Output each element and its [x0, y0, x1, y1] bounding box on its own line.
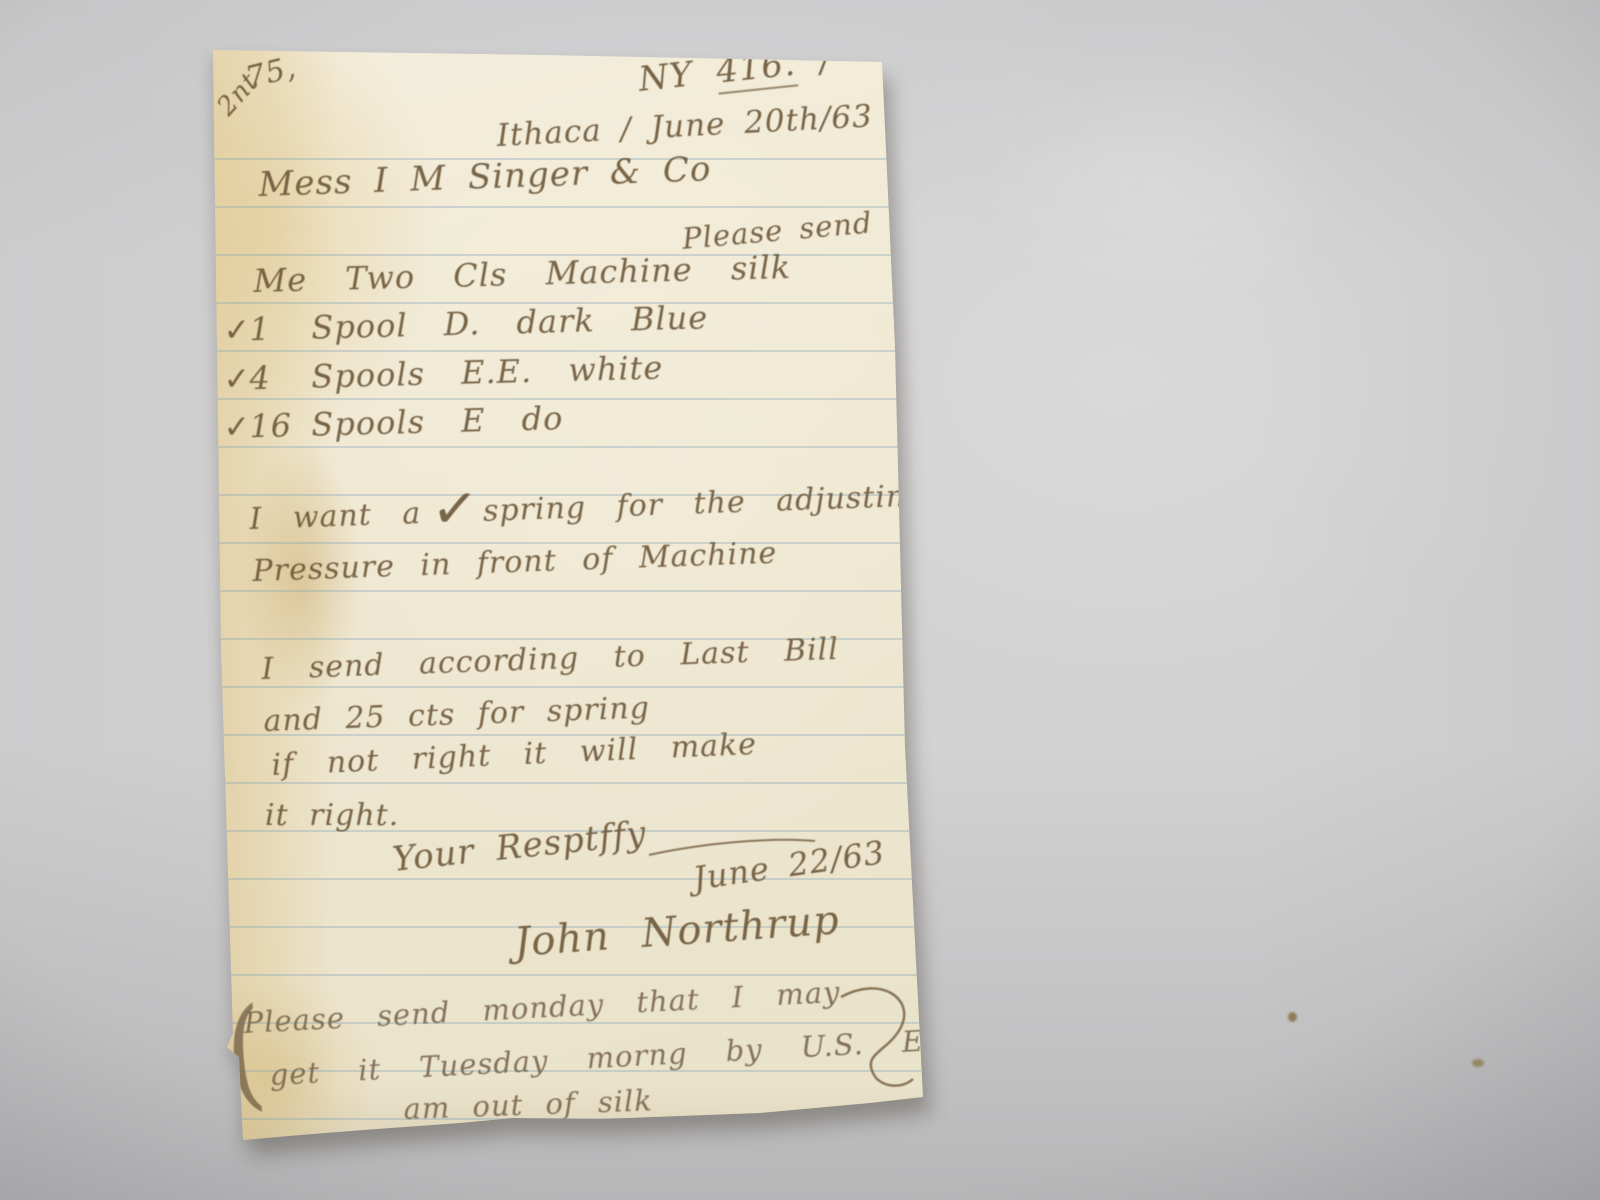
check-mark: ✓: [223, 410, 250, 443]
date-separator: /: [620, 111, 633, 148]
letter-paper: 75, 2nt NY 416. / Ithaca / June 20th/63 …: [213, 47, 923, 1140]
place: Ithaca: [496, 113, 603, 154]
want-prefix: I want a: [249, 496, 422, 537]
postscript-line3: am out of silk: [403, 1086, 653, 1124]
header-number: 416.: [714, 44, 798, 95]
body-send-line4: it right.: [265, 801, 399, 831]
item-quantity: 16: [249, 409, 312, 443]
order-item: ✓16Spools E do: [223, 402, 564, 443]
letter-content: 75, 2nt NY 416. / Ithaca / June 20th/63 …: [213, 47, 923, 1140]
item-quantity: 1: [249, 312, 312, 346]
desk-speck: [1472, 1059, 1484, 1067]
paper-sheet: 75, 2nt NY 416. / Ithaca / June 20th/63 …: [213, 47, 923, 1140]
desk-speck: [1288, 1012, 1297, 1022]
item-description: Spools E do: [311, 399, 564, 444]
check-mark: ✓: [223, 313, 250, 346]
item-quantity: 4: [249, 361, 312, 395]
check-mark: ✓: [223, 362, 250, 395]
check-mark: ✓: [431, 508, 479, 511]
header-prefix: NY: [637, 54, 695, 99]
